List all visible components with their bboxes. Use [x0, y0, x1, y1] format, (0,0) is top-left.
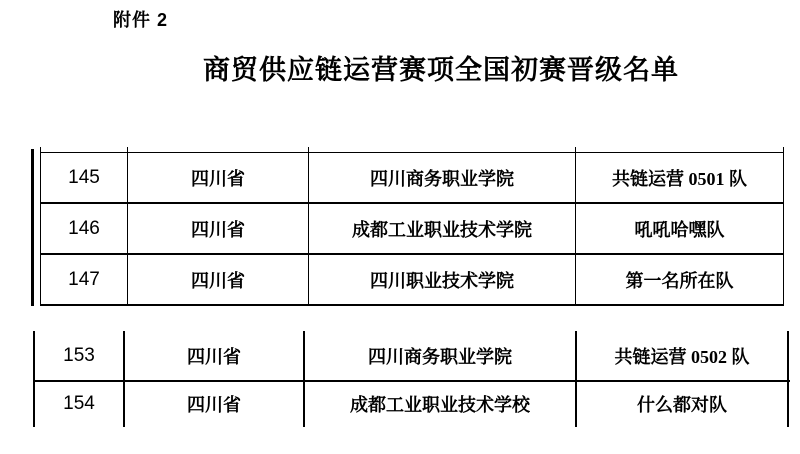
cell-school: 四川商务职业学院 — [305, 331, 577, 380]
cell-team: 共链运营 0501 队 — [576, 153, 783, 202]
table-row: 154四川省成都工业职业技术学校什么都对队 — [33, 380, 789, 427]
cell-number: 145 — [41, 153, 128, 202]
column-border-tick — [783, 147, 784, 153]
table-row: 145四川省四川商务职业学院共链运营 0501 队 — [41, 153, 783, 202]
document-page: { "page": { "background_color": "#ffffff… — [0, 0, 800, 454]
cell-school: 成都工业职业技术学校 — [305, 380, 577, 427]
cell-province: 四川省 — [125, 331, 305, 380]
cell-number: 153 — [35, 331, 125, 380]
cell-team: 吼吼哈嘿队 — [576, 204, 783, 253]
cell-province: 四川省 — [128, 255, 309, 304]
table-row: 147四川省四川职业技术学院第一名所在队 — [41, 253, 783, 304]
cell-team: 第一名所在队 — [576, 255, 783, 304]
cell-province: 四川省 — [125, 380, 305, 427]
cell-school: 四川商务职业学院 — [309, 153, 576, 202]
qualification-table-2: 153四川省四川商务职业学院共链运营 0502 队154四川省成都工业职业技术学… — [33, 331, 789, 427]
cell-school: 成都工业职业技术学院 — [309, 204, 576, 253]
cell-team: 什么都对队 — [577, 380, 789, 427]
table-row: 153四川省四川商务职业学院共链运营 0502 队 — [33, 331, 789, 380]
page-title: 商贸供应链运营赛项全国初赛晋级名单 — [203, 48, 679, 87]
column-border-tick — [575, 147, 576, 153]
cell-school: 四川职业技术学院 — [309, 255, 576, 304]
attachment-label: 附件 2 — [113, 6, 168, 32]
column-border-tick — [308, 147, 309, 153]
cell-number: 154 — [35, 380, 125, 427]
table-row: 146四川省成都工业职业技术学院吼吼哈嘿队 — [41, 202, 783, 253]
cell-province: 四川省 — [128, 153, 309, 202]
table-left-border-fragment — [31, 149, 34, 306]
cell-province: 四川省 — [128, 204, 309, 253]
cell-number: 146 — [41, 204, 128, 253]
cell-number: 147 — [41, 255, 128, 304]
qualification-table-1: 145四川省四川商务职业学院共链运营 0501 队146四川省成都工业职业技术学… — [40, 152, 784, 306]
cell-team: 共链运营 0502 队 — [577, 331, 789, 380]
column-border-tick — [40, 147, 41, 153]
column-border-tick — [127, 147, 128, 153]
